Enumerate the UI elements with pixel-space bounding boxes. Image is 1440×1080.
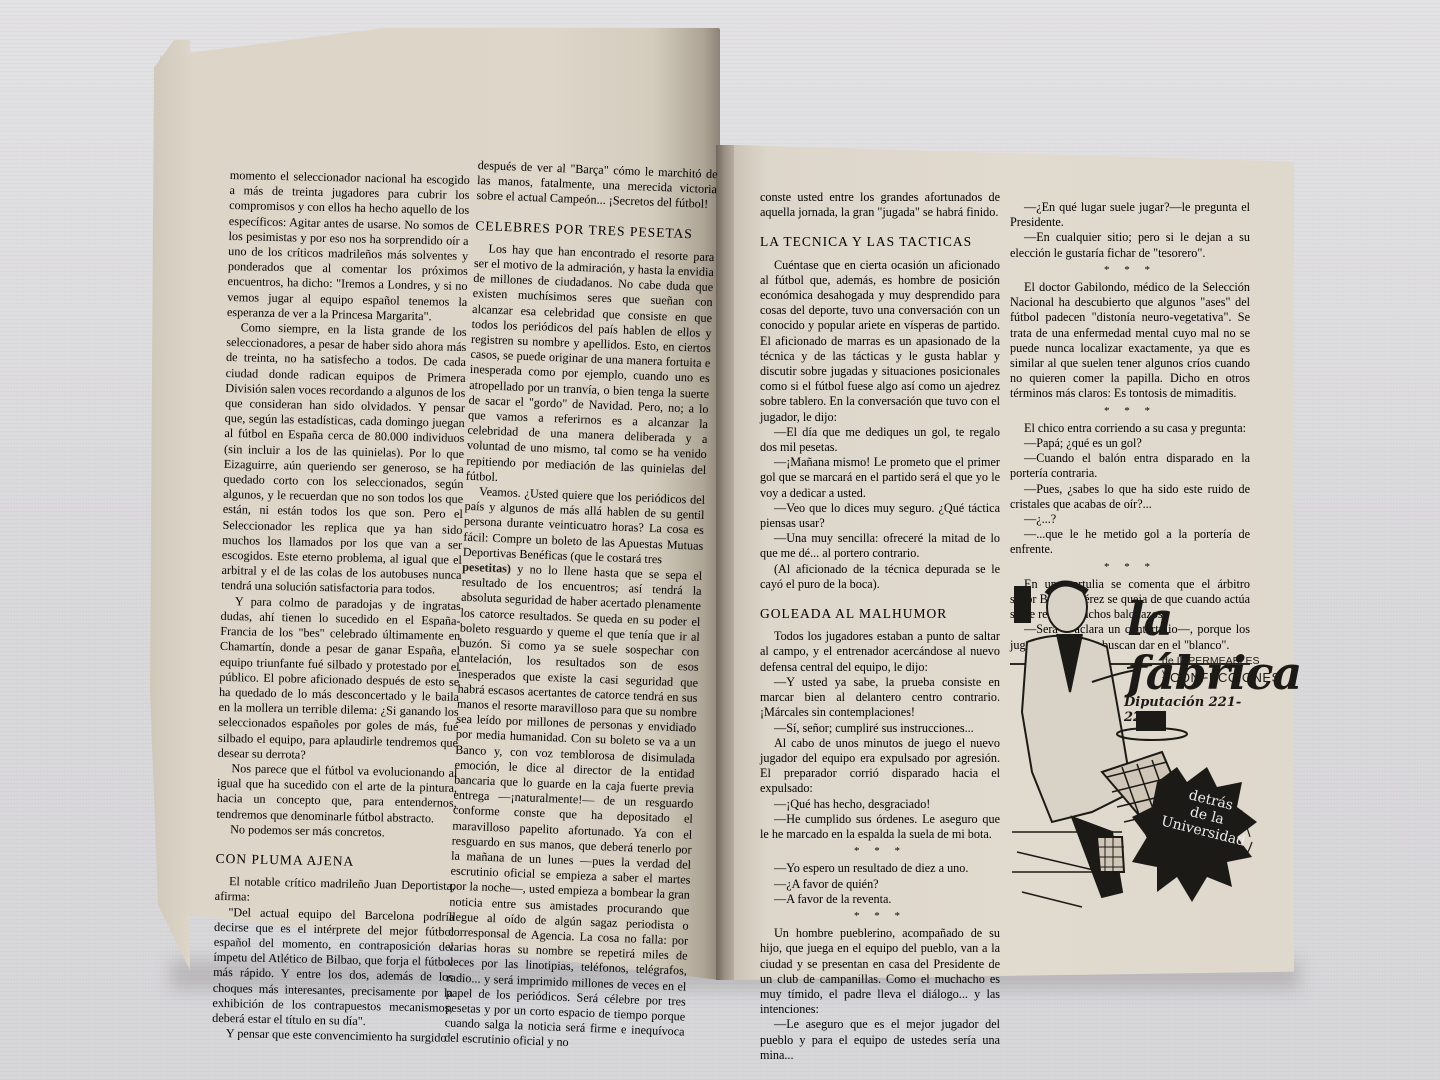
section-heading: LA TECNICA Y LAS TACTICAS — [760, 234, 1000, 249]
paragraph: después de ver al "Barça" cómo le marchi… — [476, 158, 718, 213]
paragraph: conste usted entre los grandes afortunad… — [760, 190, 1000, 220]
paragraph: El doctor Gabilondo, médico de la Selecc… — [1010, 280, 1250, 402]
ad-address: Diputación 221-223 — [1124, 695, 1262, 725]
dialogue-line: —Veo que lo dices muy seguro. ¿Qué tácti… — [760, 501, 1000, 531]
dialogue-line: —He cumplido sus órdenes. Le aseguro que… — [760, 812, 1000, 842]
left-page-column-1: momento el seleccionador nacional ha esc… — [212, 168, 470, 1046]
dialogue-line: —¿A favor de quién? — [760, 877, 1000, 892]
section-heading: GOLEADA AL MALHUMOR — [760, 606, 1000, 621]
separator-stars: * * * — [760, 844, 1000, 859]
section-heading: CELEBRES POR TRES PESETAS — [475, 218, 715, 242]
paragraph: Al cabo de unos minutos de juego el nuev… — [760, 736, 1000, 797]
paragraph: Y para colmo de paradojas y de ingratas … — [218, 594, 461, 766]
section-heading: CON PLUMA AJENA — [215, 851, 455, 871]
paragraph: El chico entra corriendo a su casa y pre… — [1010, 421, 1250, 436]
dialogue-line: —Papá; ¿qué es un gol? — [1010, 436, 1250, 451]
dialogue-line: —¡Mañana mismo! Le prometo que el primer… — [760, 455, 1000, 501]
dialogue-line: —Sí, señor; cumpliré sus instrucciones..… — [760, 721, 1000, 736]
paragraph: (Al aficionado de la técnica depurada se… — [760, 562, 1000, 592]
bold-phrase: pesetitas) — [462, 560, 511, 576]
paragraph: Todos los jugadores estaban a punto de s… — [760, 629, 1000, 675]
advertisement-la-fabrica: la fábrica de IMPERMEABLES y CONFECCIONE… — [1012, 572, 1262, 912]
paragraph: "Del actual equipo del Barcelona podría … — [212, 904, 454, 1031]
dialogue-line: —Y usted ya sabe, la prueba consiste en … — [760, 675, 1000, 721]
dialogue-line: —El día que me dediques un gol, te regal… — [760, 425, 1000, 455]
paragraph: pesetitas) y no lo llene hasta que se se… — [444, 560, 702, 1055]
dialogue-line: —Pues, ¿sabes lo que ha sido este ruido … — [1010, 482, 1250, 512]
paragraph: Nos parece que el fútbol va evolucionand… — [216, 761, 457, 827]
dialogue-line: —Una muy sencilla: ofreceré la mitad de … — [760, 531, 1000, 561]
ad-tagline-line2: CONFECCIONES — [1170, 670, 1281, 685]
paragraph: Los hay que han encontrado el resorte pa… — [465, 241, 714, 493]
dialogue-line: —¡Qué has hecho, desgraciado! — [760, 797, 1000, 812]
dialogue-line: —¿En qué lugar suele jugar?—le pregunta … — [1010, 200, 1250, 230]
paragraph: Cuéntase que en cierta ocasión un aficio… — [760, 258, 1000, 425]
paragraph: Como siempre, en la lista grande de los … — [221, 320, 467, 599]
dialogue-line: —¿...? — [1010, 512, 1250, 527]
dialogue-line: —Cuando el balón entra disparado en la p… — [1010, 451, 1250, 481]
paragraph: momento el seleccionador nacional ha esc… — [227, 168, 470, 325]
paragraph: Veamos. ¿Usted quiere que los periódicos… — [463, 484, 706, 569]
separator-stars: * * * — [1010, 404, 1250, 419]
dialogue-line: —En cualquier sitio; pero si le dejan a … — [1010, 230, 1250, 260]
separator-stars: * * * — [760, 909, 1000, 924]
dialogue-line: —A favor de la reventa. — [760, 892, 1000, 907]
paragraph-text: y no lo llene hasta que se sepa el resul… — [444, 562, 702, 1050]
right-page-column-1: conste usted entre los grandes afortunad… — [760, 190, 1000, 1063]
dialogue-line: —Le aseguro que es el mejor jugador del … — [760, 1017, 1000, 1063]
dialogue-line: —Yo espero un resultado de diez a uno. — [760, 861, 1000, 876]
separator-stars: * * * — [1010, 263, 1250, 278]
left-page-column-2: después de ver al "Barça" cómo le marchi… — [444, 158, 718, 1055]
paragraph: Un hombre pueblerino, acompañado de su h… — [760, 926, 1000, 1017]
paragraph: El notable crítico madrileño Juan Deport… — [215, 874, 456, 909]
dialogue-line: —...que le he metido gol a la portería d… — [1010, 527, 1250, 557]
